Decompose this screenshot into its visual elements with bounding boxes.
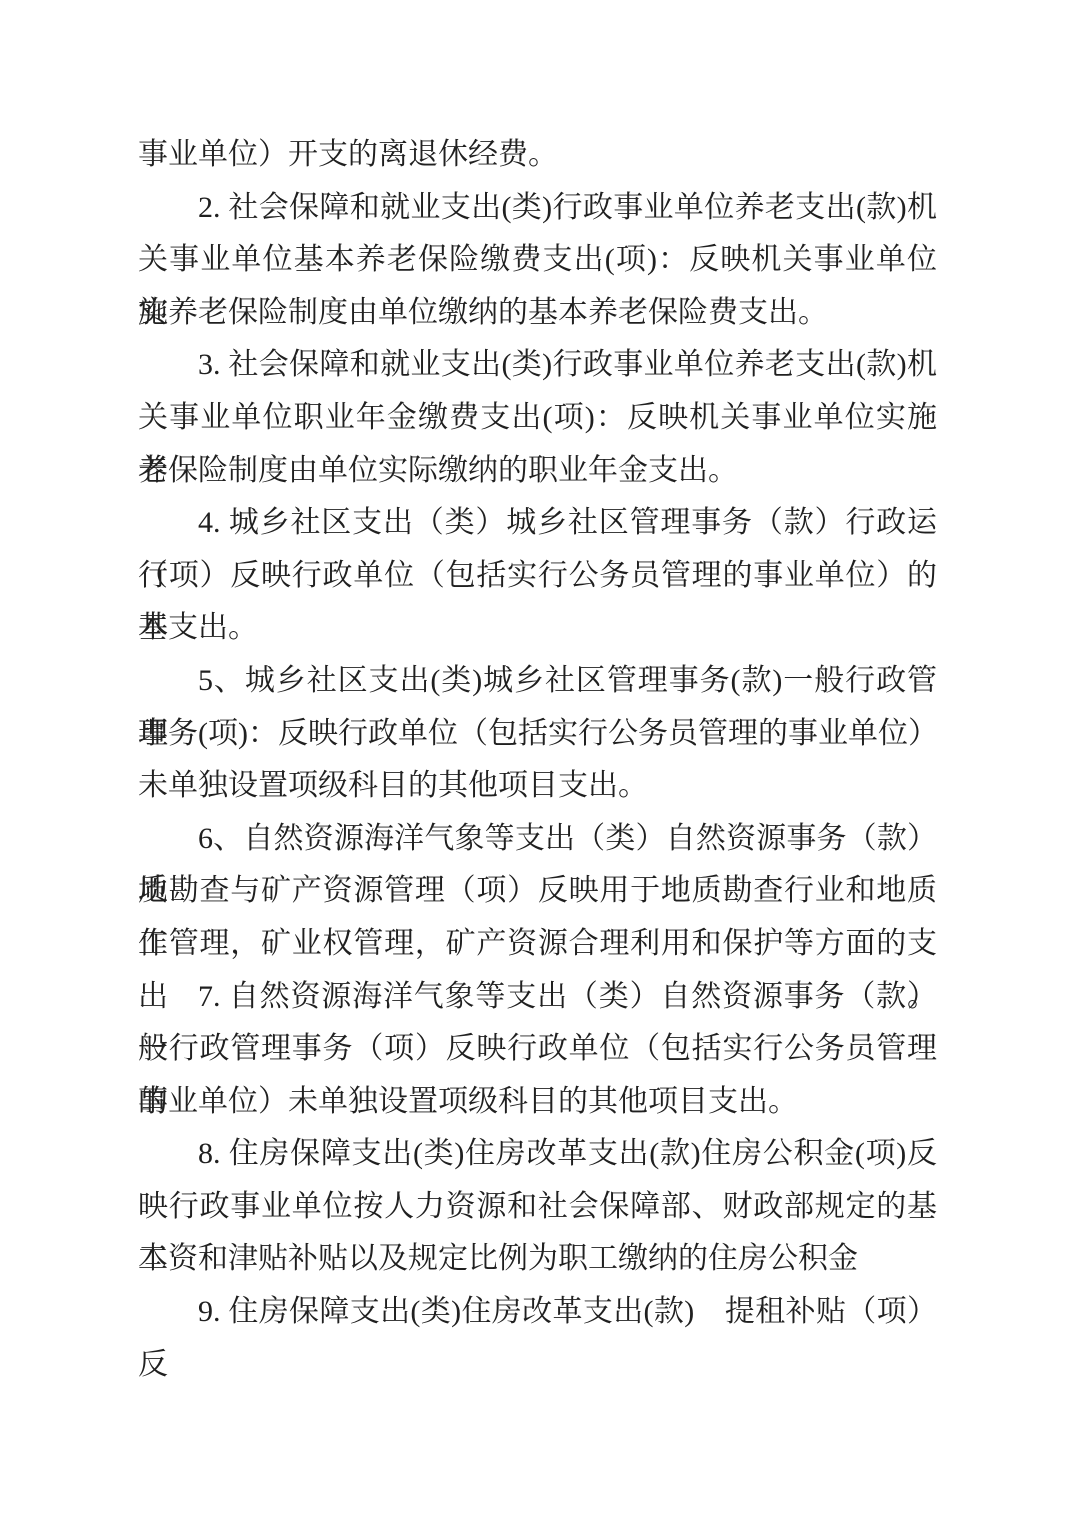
text-line: 质勘查与矿产资源管理（项）反映用于地质勘查行业和地质工 <box>138 865 937 918</box>
text-line: 7. 自然资源海洋气象等支出（类）自然资源事务（款）一 <box>138 971 937 1024</box>
text-line: 2. 社会保障和就业支出(类)行政事业单位养老支出(款)机 <box>138 182 937 235</box>
text-line: （项）反映行政单位（包括实行公务员管理的事业单位）的基 <box>138 550 937 603</box>
text-line: 般行政管理事务（项）反映行政单位（包括实行公务员管理的 <box>138 1023 937 1076</box>
text-line: 事业单位）开支的离退休经费。 <box>138 129 937 182</box>
text-line: 4. 城乡社区支出（类）城乡社区管理事务（款）行政运行 <box>138 497 937 550</box>
text-line: 施养老保险制度由单位缴纳的基本养老保险费支出。 <box>138 287 937 340</box>
text-line: 关事业单位职业年金缴费支出(项)：反映机关事业单位实施养 <box>138 392 937 445</box>
text-line: 本支出。 <box>138 602 937 655</box>
text-line: 3. 社会保障和就业支出(类)行政事业单位养老支出(款)机 <box>138 339 937 392</box>
text-line: 关事业单位基本养老保险缴费支出(项)：反映机关事业单位实 <box>138 234 937 287</box>
text-line: 事业单位）未单独设置项级科目的其他项目支出。 <box>138 1076 937 1129</box>
text-line: 工资和津贴补贴以及规定比例为职工缴纳的住房公积金 <box>138 1233 937 1286</box>
text-line: 5、城乡社区支出(类)城乡社区管理事务(款)一般行政管理 <box>138 655 937 708</box>
text-line: 映行政事业单位按人力资源和社会保障部、财政部规定的基本 <box>138 1181 937 1234</box>
text-line: 9. 住房保障支出(类)住房改革支出(款) 提租补贴（项）反 <box>138 1286 937 1339</box>
document-page: 事业单位）开支的离退休经费。2. 社会保障和就业支出(类)行政事业单位养老支出(… <box>0 0 1075 1520</box>
text-line: 6、自然资源海洋气象等支出（类）自然资源事务（款）地 <box>138 813 937 866</box>
document-body: 事业单位）开支的离退休经费。2. 社会保障和就业支出(类)行政事业单位养老支出(… <box>138 129 937 1339</box>
text-line: 作管理，矿业权管理，矿产资源合理利用和保护等方面的支出。 <box>138 918 937 971</box>
text-line: 老保险制度由单位实际缴纳的职业年金支出。 <box>138 445 937 498</box>
text-line: 事务(项)：反映行政单位（包括实行公务员管理的事业单位） <box>138 708 937 761</box>
text-line: 未单独设置项级科目的其他项目支出。 <box>138 760 937 813</box>
text-line: 8. 住房保障支出(类)住房改革支出(款)住房公积金(项)反 <box>138 1128 937 1181</box>
